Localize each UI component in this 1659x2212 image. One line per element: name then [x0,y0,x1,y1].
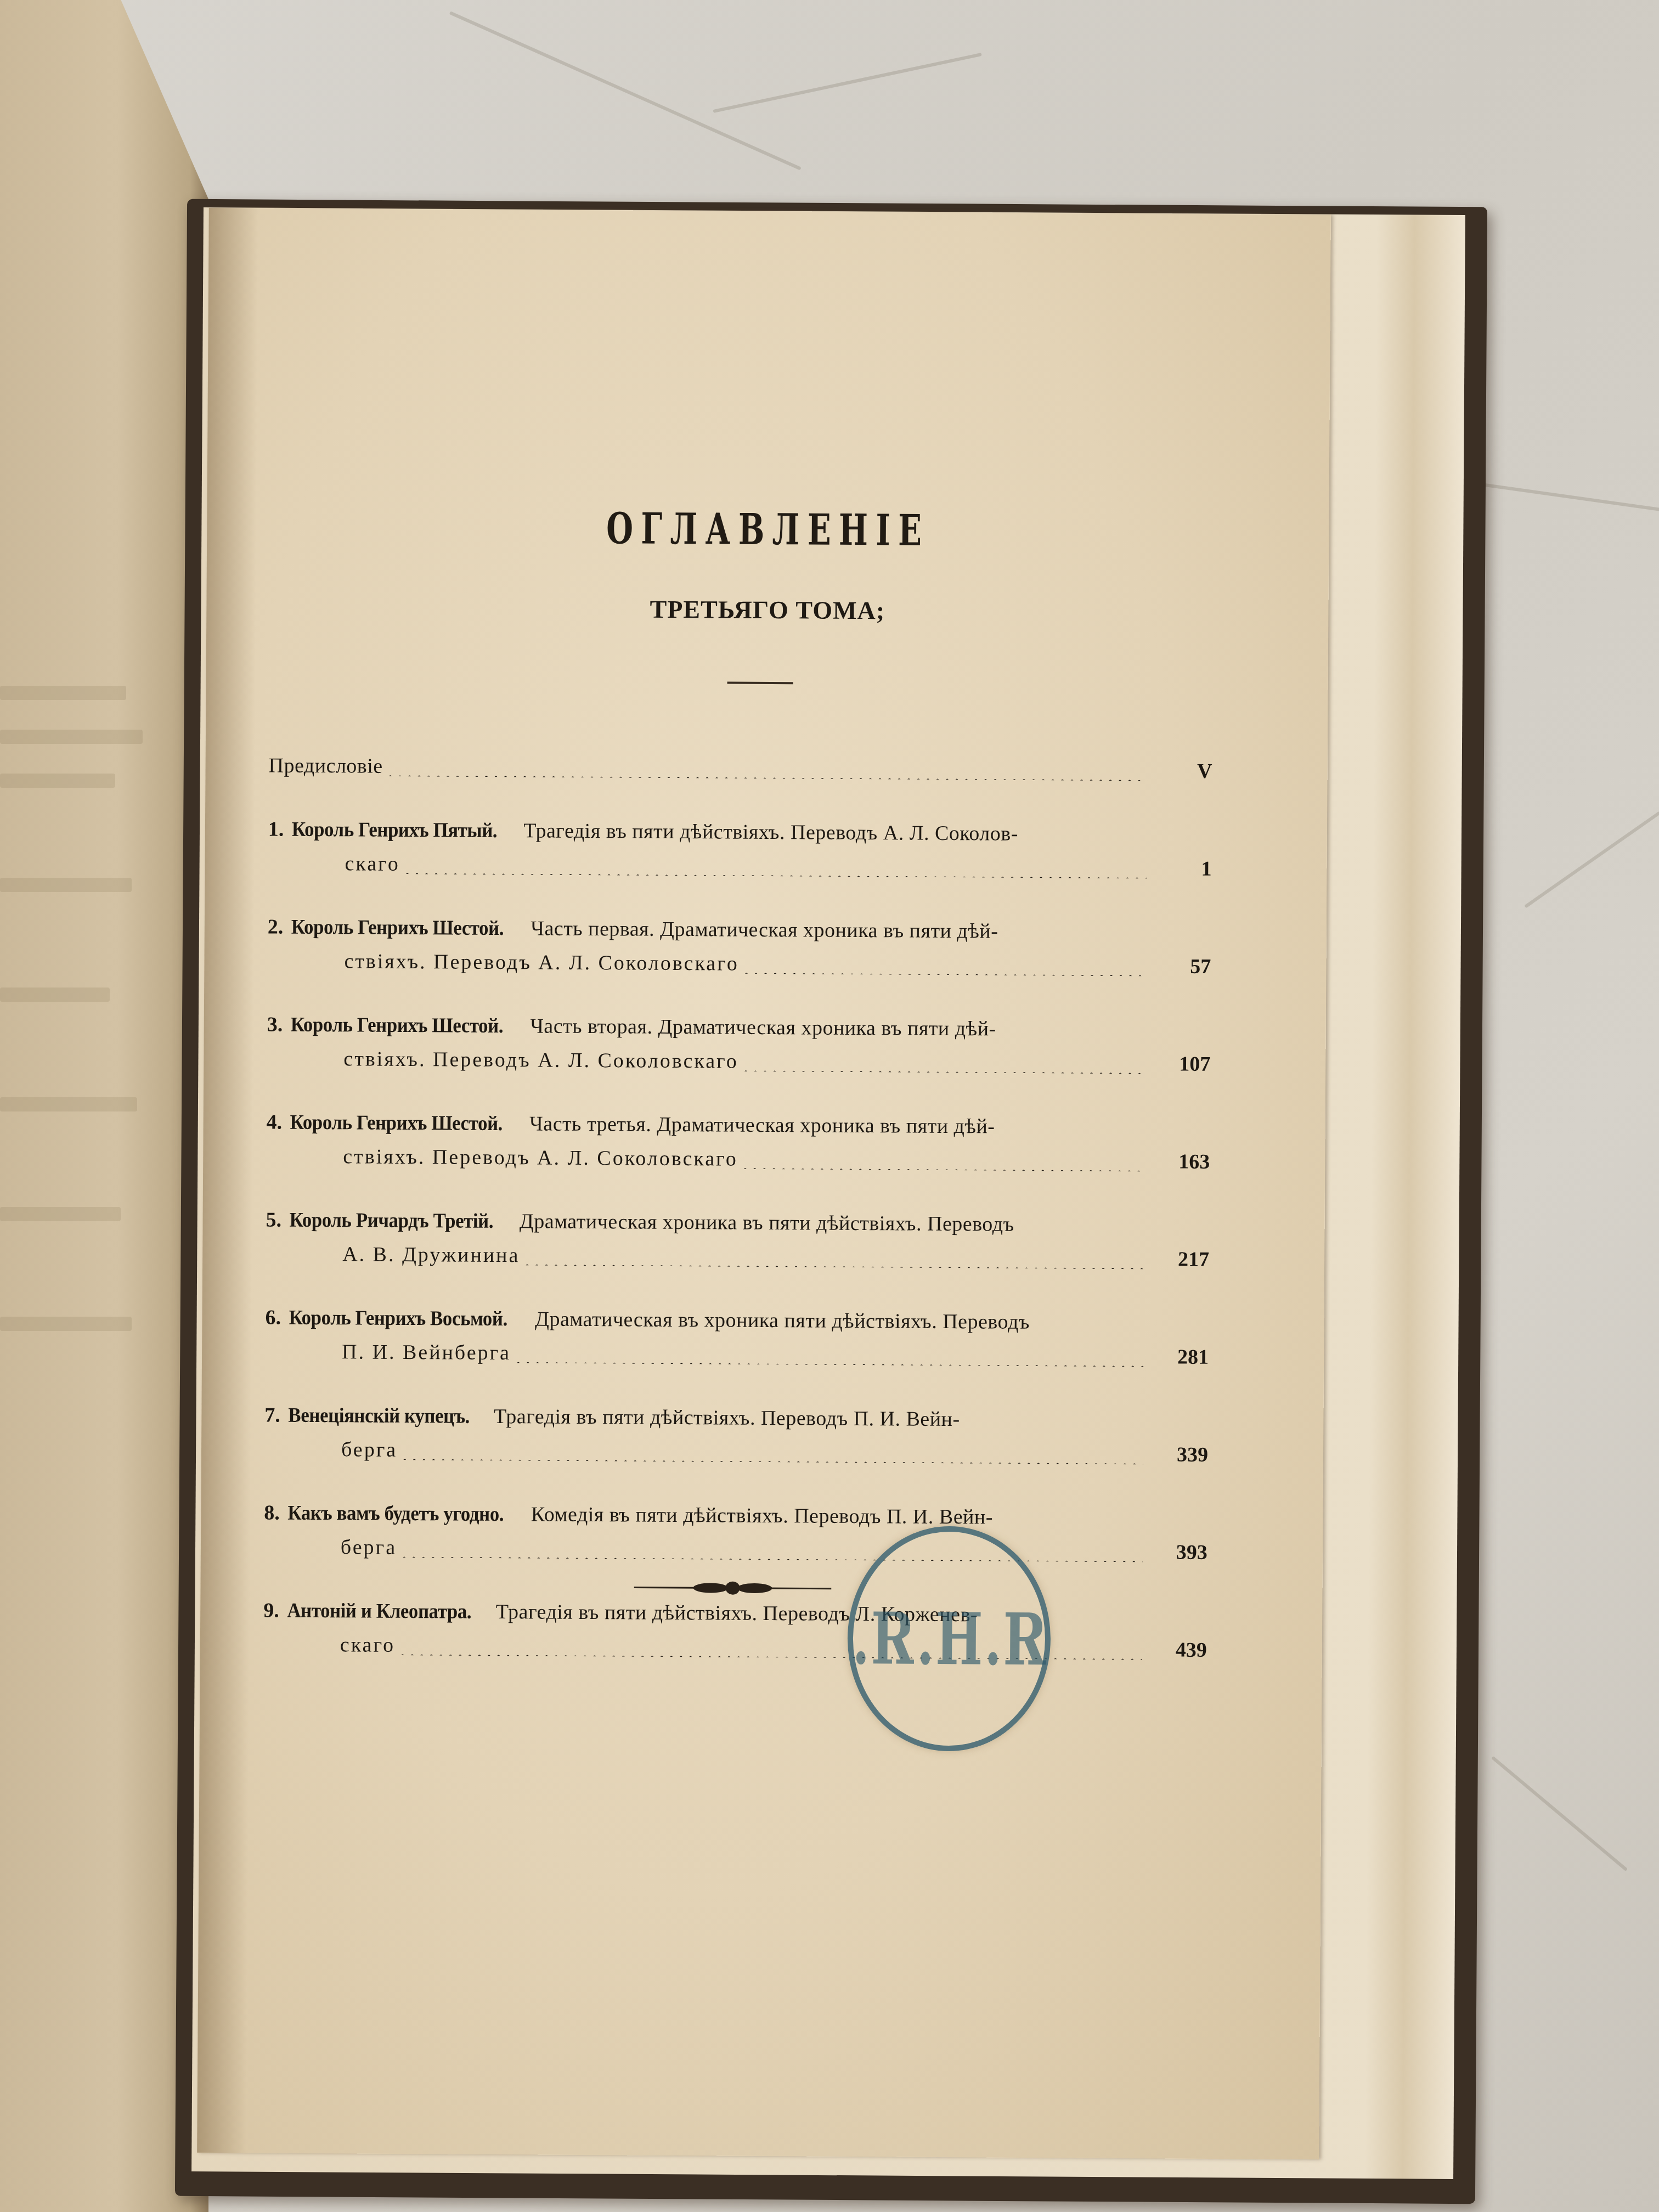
toc-page-number: 393 [1158,1535,1207,1570]
toc-entry-description: Драматическая въ хроника пяти дѣйствіяхъ… [535,1302,1030,1339]
toc-entry-number: 1. [268,812,284,846]
toc-page-number: V [1163,754,1212,788]
toc-entry-title: Король Ричардъ Третій. [289,1203,493,1238]
marble-vein [713,53,981,113]
toc-entry-description: Часть вторая. Драматическая хроника въ п… [530,1009,996,1046]
toc-entry-continuation: скаго [345,847,400,881]
toc-entry-preface: Предисловіе V [268,748,1212,788]
page-title: ОГЛАВЛЕНІЕ [364,503,1172,557]
bleed-through-text [0,1097,137,1111]
bleed-through-text [0,988,110,1002]
toc-entry-continuation: берга [341,1530,397,1565]
toc-entry-title: Какъ вамъ будетъ угодно. [287,1496,504,1531]
toc-entry: 8. Какъ вамъ будетъ угодно. Комедія въ п… [264,1496,1208,1570]
toc-entry-description: Драматическая хроника въ пяти дѣйствіяхъ… [520,1204,1014,1242]
ornament-divider-icon [634,1577,831,1600]
bleed-through-text [0,774,115,788]
toc-entry: 6. Король Генрихъ Восьмой. Драматическая… [265,1300,1209,1374]
toc-entry-continuation: ствіяхъ. Переводъ А. Л. Соколовскаго [344,944,739,980]
marble-vein [1481,483,1659,518]
toc-entry-continuation: ствіяхъ. Переводъ А. Л. Соколовскаго [343,1139,738,1176]
dot-leader [744,952,1147,976]
dot-leader [403,1438,1143,1464]
stamp-text: Я.Н.Я. [850,1596,1047,1681]
toc-entry-title: Король Генрихъ Шестой. [290,1008,503,1043]
dot-leader [516,1341,1144,1367]
toc-entry-number: 6. [265,1300,281,1334]
dot-leader [405,852,1147,878]
table-of-contents-page: ОГЛАВЛЕНІЕ ТРЕТЬЯГО ТОМА; Предисловіе V … [197,208,1331,2159]
toc-list: Предисловіе V 1. Король Генрихъ Пятый. Т… [263,748,1212,1696]
toc-page-number: 57 [1161,949,1211,984]
toc-entry-description: Часть третья. Драматическая хроника въ п… [529,1107,995,1143]
toc-page-number: 107 [1161,1047,1210,1081]
toc-entry-title: Король Генрихъ Шестой. [290,1105,503,1141]
toc-page-number: 1 [1162,851,1211,886]
dot-leader [388,754,1148,781]
toc-entry-title: Король Генрихъ Пятый. [291,812,497,848]
toc-entry-continuation: берга [341,1432,398,1467]
dot-leader [525,1243,1144,1269]
marble-vein [1524,811,1659,908]
toc-entry: 1. Король Генрихъ Пятый. Трагедія въ пят… [268,812,1212,886]
toc-entry-number: 2. [268,910,284,944]
toc-entry-title: Король Генрихъ Шестой. [291,910,504,945]
bleed-through-text [0,1317,132,1331]
toc-page-number: 339 [1159,1437,1208,1472]
marble-vein [449,11,802,170]
dot-leader [744,1049,1146,1074]
title-rule [727,682,793,685]
toc-entry-continuation: А. В. Дружинина [342,1237,520,1272]
toc-entry: 2. Король Генрихъ Шестой. Часть первая. … [267,910,1211,984]
bleed-through-text [0,878,132,892]
toc-entry-continuation: П. И. Вейнберга [342,1335,511,1370]
toc-entry: 5. Король Ричардъ Третій. Драматическая … [266,1203,1210,1277]
dot-leader [402,1536,1143,1562]
toc-entry-number: 5. [266,1203,281,1237]
page-subtitle: ТРЕТЬЯГО ТОМА; [206,592,1328,628]
toc-entry-number: 3. [267,1007,283,1041]
toc-page-number: 439 [1158,1633,1207,1667]
page-content: ОГЛАВЛЕНІЕ ТРЕТЬЯГО ТОМА; Предисловіе V … [197,208,1331,2159]
toc-page-number: 163 [1160,1144,1210,1179]
bleed-through-text [0,730,143,744]
toc-entry-continuation: ствіяхъ. Переводъ А. Л. Соколовскаго [343,1042,738,1078]
toc-entry-title: Венеціянскій купецъ. [288,1398,470,1434]
toc-entry: 3. Король Генрихъ Шестой. Часть вторая. … [267,1007,1211,1081]
toc-page-number: 217 [1160,1242,1209,1277]
toc-page-number: 281 [1159,1340,1209,1374]
toc-entry-description: Трагедія въ пяти дѣйствіяхъ. Переводъ П.… [494,1400,960,1436]
toc-entry: 9. Антоній и Клеопатра. Трагедія въ пяти… [263,1593,1207,1667]
toc-entry-description: Часть первая. Драматическая хроника въ п… [531,911,998,948]
toc-entry-title: Предисловіе [268,748,383,783]
toc-entry-number: 7. [264,1398,280,1432]
toc-entry: 7. Венеціянскій купецъ. Трагедія въ пяти… [264,1398,1209,1472]
toc-entry-number: 8. [264,1496,280,1530]
toc-entry-title: Антоній и Клеопатра. [287,1594,471,1629]
toc-entry-continuation: скаго [340,1628,396,1662]
toc-entry-number: 9. [263,1593,279,1627]
dot-leader [743,1147,1145,1171]
toc-entry-description: Трагедія въ пяти дѣйствіяхъ. Переводъ А.… [523,814,1018,851]
marble-vein [1491,1756,1628,1871]
toc-entry: 4. Король Генрихъ Шестой. Часть третья. … [266,1105,1210,1179]
toc-entry-title: Король Генрихъ Восьмой. [289,1301,507,1336]
toc-entry-description: Комедія въ пяти дѣйствіяхъ. Переводъ П. … [531,1497,993,1534]
bleed-through-text [0,1207,121,1221]
bleed-through-text [0,686,126,700]
library-stamp: Я.Н.Я. [847,1526,1051,1752]
toc-entry-number: 4. [266,1105,282,1139]
